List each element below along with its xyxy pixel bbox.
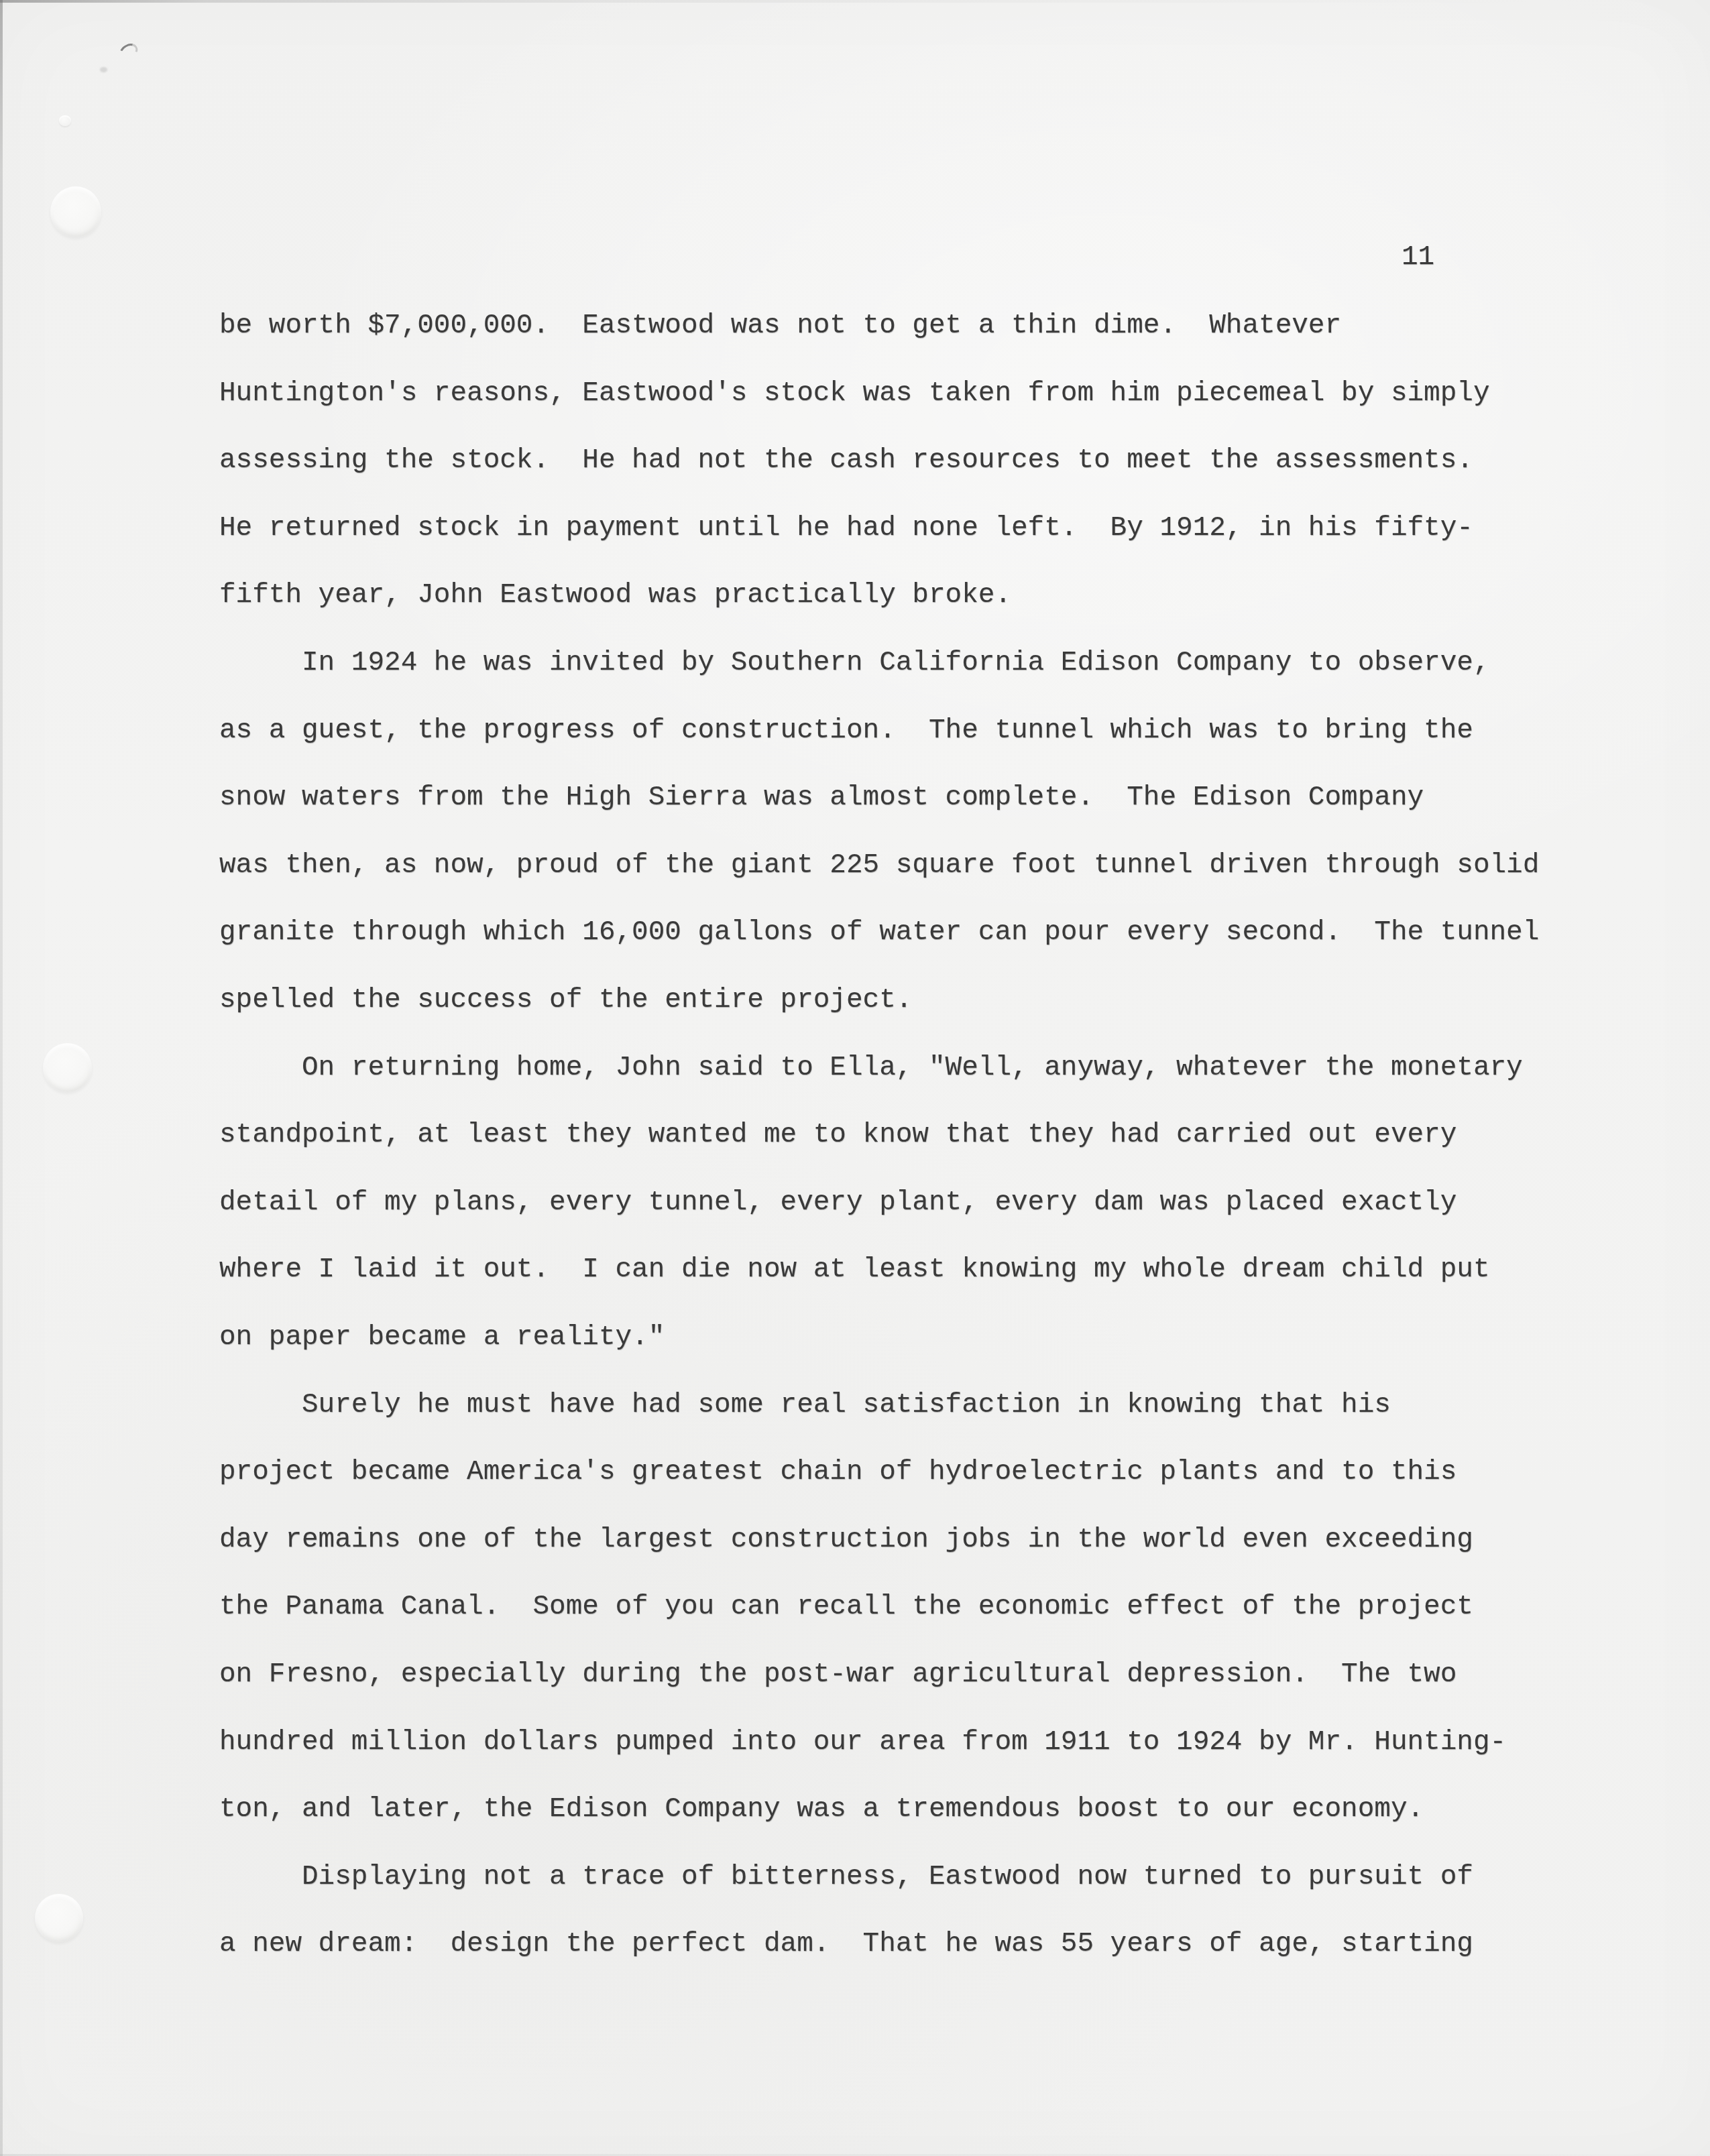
text-line: on Fresno, especially during the post-wa…	[219, 1661, 1457, 1689]
text-line: Huntington's reasons, Eastwood's stock w…	[219, 380, 1490, 408]
text-line: hundred million dollars pumped into our …	[219, 1729, 1506, 1756]
text-line: a new dream: design the perfect dam. Tha…	[219, 1931, 1473, 1958]
text-line: granite through which 16,000 gallons of …	[219, 919, 1539, 947]
text-line: snow waters from the High Sierra was alm…	[219, 784, 1424, 812]
text-line: fifth year, John Eastwood was practicall…	[219, 582, 1011, 609]
paper-speck-dot	[100, 67, 107, 72]
punch-hole-impression-bottom	[35, 1894, 83, 1942]
text-line: spelled the success of the entire projec…	[219, 987, 912, 1014]
punch-hole-impression-middle	[43, 1043, 92, 1092]
paper-speck-curl	[117, 41, 141, 62]
text-line: detail of my plans, every tunnel, every …	[219, 1189, 1457, 1217]
text-line: be worth $7,000,000. Eastwood was not to…	[219, 312, 1341, 340]
text-line: as a guest, the progress of construction…	[219, 717, 1473, 745]
text-line: standpoint, at least they wanted me to k…	[219, 1122, 1457, 1149]
text-line: Surely he must have had some real satisf…	[219, 1392, 1391, 1419]
text-line: was then, as now, proud of the giant 225…	[219, 852, 1539, 880]
text-line: Displaying not a trace of bitterness, Ea…	[219, 1864, 1473, 1891]
text-line: In 1924 he was invited by Southern Calif…	[219, 650, 1490, 677]
punch-hole-impression-top	[50, 186, 101, 237]
text-line: day remains one of the largest construct…	[219, 1526, 1473, 1554]
text-line: On returning home, John said to Ella, "W…	[219, 1055, 1523, 1082]
scan-top-edge	[0, 0, 1710, 3]
scan-left-edge	[0, 0, 3, 2156]
text-line: on paper became a reality."	[219, 1324, 665, 1352]
page-number: 11	[1402, 244, 1434, 272]
text-line: where I laid it out. I can die now at le…	[219, 1256, 1490, 1284]
text-line: He returned stock in payment until he ha…	[219, 515, 1473, 542]
text-line: assessing the stock. He had not the cash…	[219, 447, 1473, 475]
text-line: project became America's greatest chain …	[219, 1459, 1457, 1486]
scanned-typewritten-page: 11 be worth $7,000,000. Eastwood was not…	[0, 0, 1710, 2156]
text-line: ton, and later, the Edison Company was a…	[219, 1796, 1424, 1823]
paper-speck-bump	[59, 115, 71, 126]
text-line: the Panama Canal. Some of you can recall…	[219, 1594, 1473, 1621]
